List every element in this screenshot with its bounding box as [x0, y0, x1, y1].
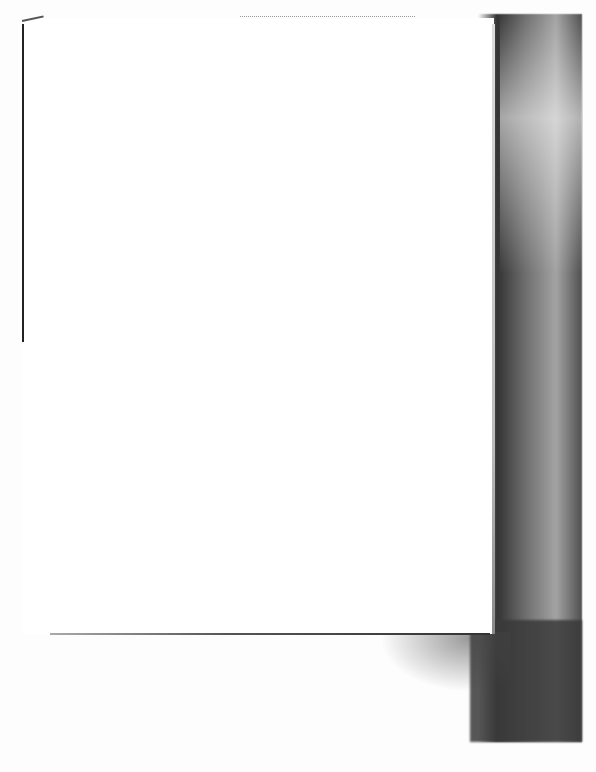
page-bottom-edge [50, 633, 490, 635]
page-right-edge [492, 24, 495, 634]
bottom-shadow-smudge [380, 632, 510, 692]
page-left-edge [22, 24, 24, 342]
page-top-edge [240, 16, 415, 18]
right-shadow-highlight [500, 14, 582, 274]
blank-page [22, 18, 494, 634]
